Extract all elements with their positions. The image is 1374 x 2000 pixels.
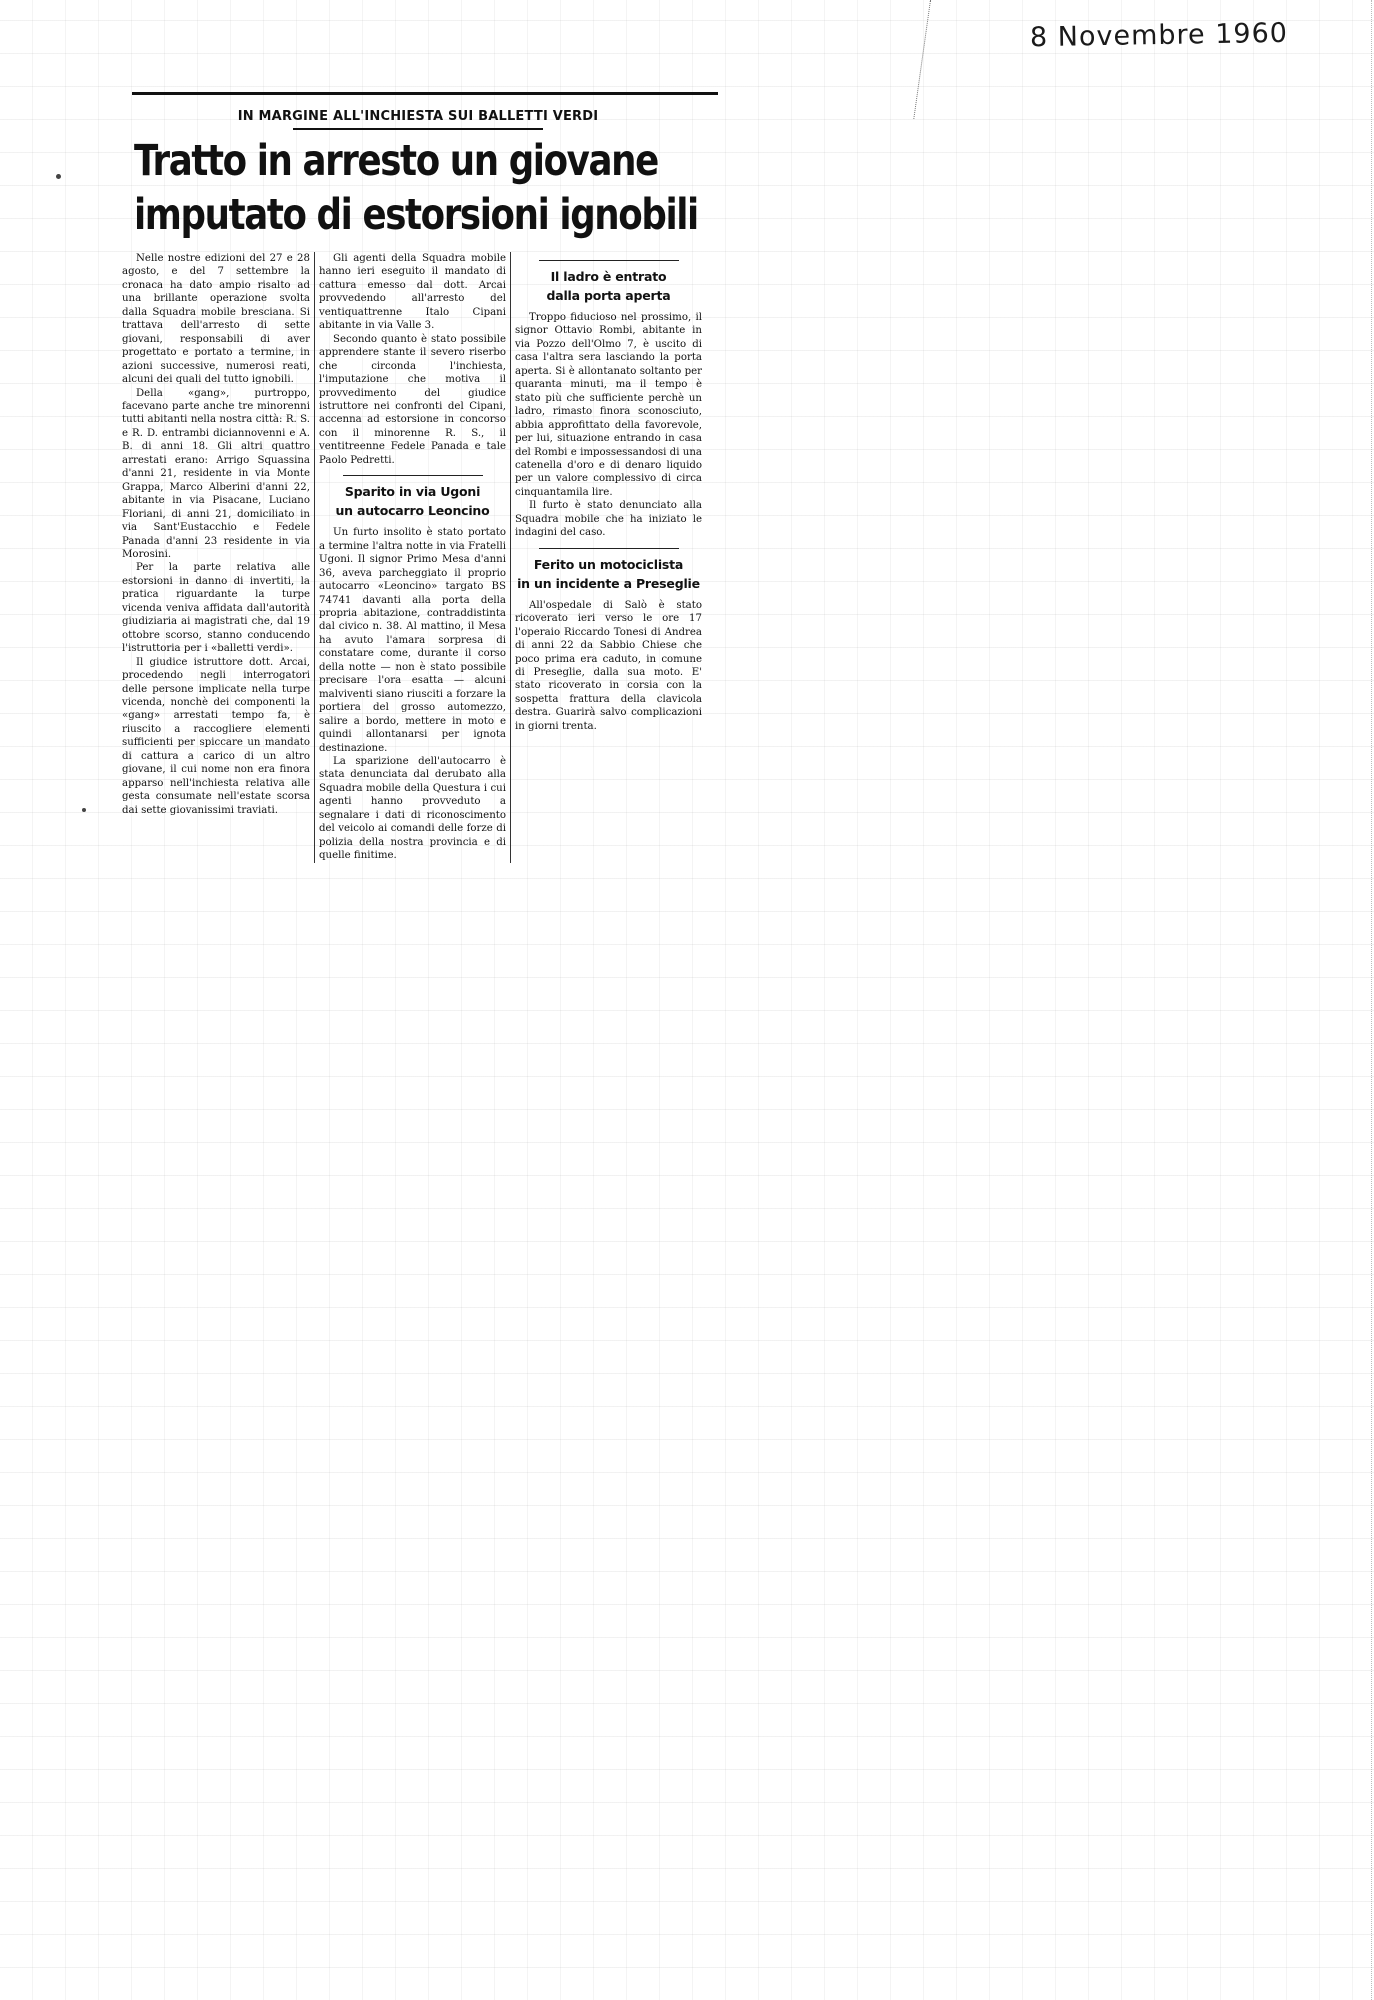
thief-paragraph: Il furto è stato denunciato alla Squadra… [515,499,702,539]
newspaper-clipping: IN MARGINE ALL'INCHIESTA SUI BALLETTI VE… [118,92,718,863]
column-3: Il ladro è entrato dalla porta aperta Tr… [510,252,706,863]
article-paragraph: Secondo quanto è stato possibile apprend… [319,333,506,468]
column-1: Nelle nostre edizioni del 27 e 28 agosto… [118,252,314,863]
thief-paragraph: Troppo fiducioso nel prossimo, il signor… [515,311,702,499]
article-kicker: IN MARGINE ALL'INCHIESTA SUI BALLETTI VE… [118,109,718,124]
thief-headline: Il ladro è entrato dalla porta aperta [515,267,702,305]
moto-headline: Ferito un motociclista in un incidente a… [515,555,702,593]
fold-line [913,0,931,119]
article-paragraph: Gli agenti della Squadra mobile hanno ie… [319,252,506,333]
thief-headline-line-2: dalla porta aperta [515,286,702,305]
moto-headline-line-1: Ferito un motociclista [515,555,702,574]
section-rule [343,475,483,476]
truck-headline: Sparito in via Ugoni un autocarro Leonci… [319,482,506,520]
article-columns: Nelle nostre edizioni del 27 e 28 agosto… [118,252,718,863]
page-edge [1371,0,1372,2000]
ink-speck [82,808,86,812]
ink-speck [56,174,61,179]
thief-headline-line-1: Il ladro è entrato [515,267,702,286]
moto-paragraph: All'ospedale di Salò è stato ricoverato … [515,599,702,734]
moto-headline-line-2: in un incidente a Preseglie [515,574,702,593]
top-rule [132,92,718,95]
kicker-rule [293,128,543,130]
article-paragraph: Il giudice istruttore dott. Arcai, proce… [122,656,310,817]
headline-line-1: Tratto in arresto un giovane [134,134,671,188]
article-paragraph: Della «gang», purtroppo, facevano parte … [122,387,310,562]
truck-paragraph: La sparizione dell'autocarro è stata den… [319,755,506,863]
article-paragraph: Per la parte relativa alle estorsioni in… [122,561,310,655]
column-2: Gli agenti della Squadra mobile hanno ie… [314,252,510,863]
section-rule [539,260,679,261]
handwritten-date: 8 Novembre 1960 [1030,18,1288,53]
section-rule [539,548,679,549]
truck-paragraph: Un furto insolito è stato portato a term… [319,526,506,755]
headline-line-2: imputato di estorsioni ignobili [134,188,671,242]
truck-headline-line-2: un autocarro Leoncino [319,501,506,520]
truck-headline-line-1: Sparito in via Ugoni [319,482,506,501]
article-headline: Tratto in arresto un giovane imputato di… [134,134,671,242]
article-paragraph: Nelle nostre edizioni del 27 e 28 agosto… [122,252,310,387]
